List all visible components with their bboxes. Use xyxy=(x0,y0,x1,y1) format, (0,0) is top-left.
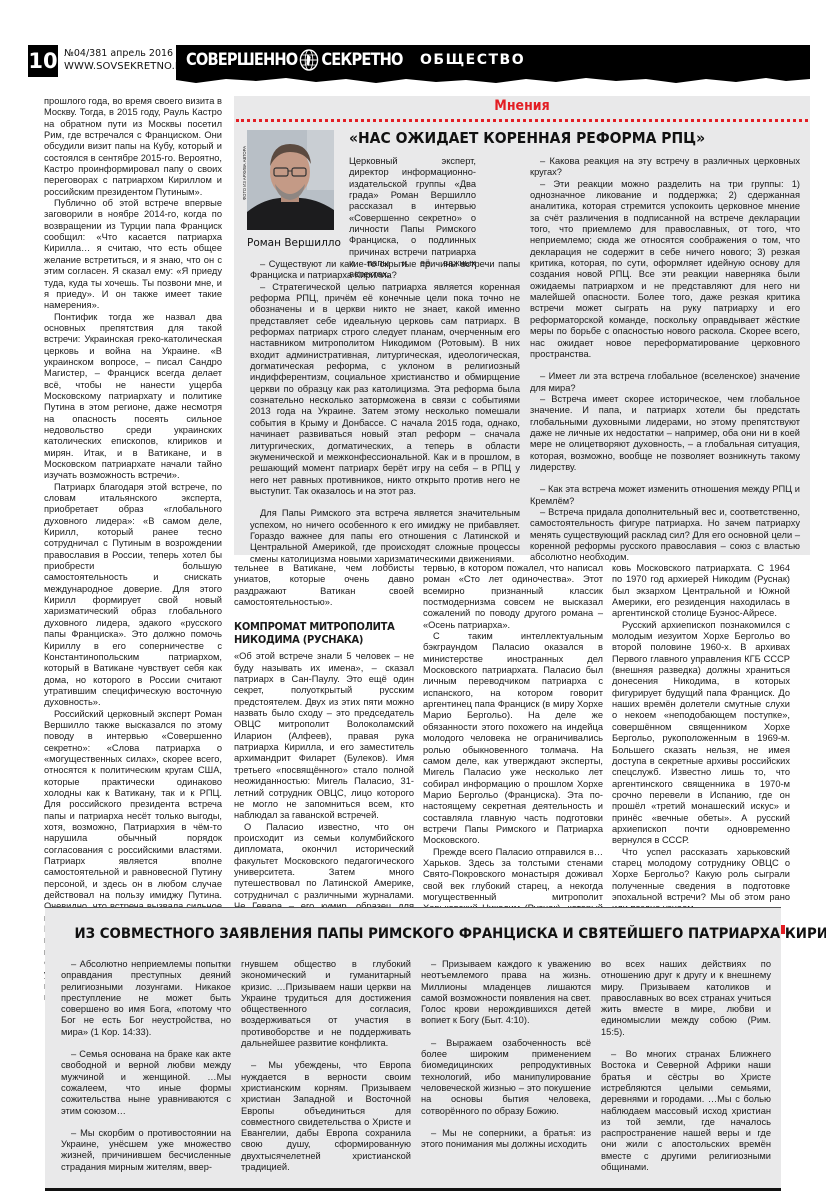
left-column-article: прошлого года, во время своего визита в … xyxy=(44,96,222,1004)
opinion-headline: «НАС ОЖИДАЕТ КОРЕННАЯ РЕФОРМА РПЦ» xyxy=(349,129,705,147)
newspaper-logo: СОВЕРШЕННО СЕКРЕТНО xyxy=(186,48,403,72)
interview-answer: – Встреча имеет скорее историческое, чем… xyxy=(530,394,800,473)
opinion-box: Мнения ФОТО ИЗ АРХИВА АВТОРА Роман Верши… xyxy=(234,96,810,555)
interview-answer: – Стратегической целью патриарха являетс… xyxy=(250,282,520,498)
opinion-section-label: Мнения xyxy=(263,98,781,114)
statement-column-2: гнувшем общество в глубокий экономически… xyxy=(241,959,411,1173)
article-column-4: ковь Московского патриархата. С 1964 по … xyxy=(612,563,790,934)
statement-quote: – Абсолютно неприемлемы попытки оправдан… xyxy=(61,959,231,1038)
spacer xyxy=(61,1038,231,1049)
spacer xyxy=(530,360,800,371)
subheading: КОМПРОМАТ МИТРОПОЛИТА НИКОДИМА (РУСНАКА) xyxy=(234,620,396,646)
logo-text-left: СОВЕРШЕННО xyxy=(186,50,297,70)
statement-column-3: – Призываем каждого к уважению неотъемле… xyxy=(421,959,591,1150)
issue-info: №04/381 апрель 2016 WWW.SOVSEKRETNO.RU xyxy=(58,45,176,77)
statement-quote: – Мы не соперники, а братья: из этого по… xyxy=(421,1128,591,1151)
portrait-image-icon xyxy=(247,130,334,230)
joint-statement-box: ИЗ СОВМЕСТНОГО ЗАЯВЛЕНИЯ ПАПЫ РИМСКОГО Ф… xyxy=(45,907,781,1191)
statement-title: ИЗ СОВМЕСТНОГО ЗАЯВЛЕНИЯ ПАПЫ РИМСКОГО Ф… xyxy=(74,926,751,942)
article-column-2: тельнее в Ватикане, чем лоббисты униатов… xyxy=(234,563,414,935)
subheading-line-1: КОМПРОМАТ МИТРОПОЛИТА xyxy=(234,620,395,633)
opinion-right-column: – Какова реакция на эту встречу в различ… xyxy=(530,156,800,564)
logo-text-right: СЕКРЕТНО xyxy=(321,50,402,70)
interview-question: – Существуют ли какие-то скрытые причины… xyxy=(250,259,520,282)
paragraph: тервью, в котором пожалел, что написал р… xyxy=(423,563,603,631)
paragraph: «Об этой встрече знали 5 человек – не бу… xyxy=(234,651,414,821)
paragraph: Что успел рассказать харьковский старец … xyxy=(612,847,790,915)
interview-answer: – Эти реакции можно разделить на три гру… xyxy=(530,179,800,361)
paragraph: С таким интеллектуальным бэкграундом Пал… xyxy=(423,631,603,847)
statement-quote: – Мы скорбим о противостоянии на Украине… xyxy=(61,1128,231,1173)
globe-emblem-icon xyxy=(299,48,320,72)
interview-answer: Для Папы Римского эта встреча является з… xyxy=(250,508,520,565)
portrait-photo xyxy=(247,130,334,230)
statement-quote: гнувшем общество в глубокий экономически… xyxy=(241,959,411,1049)
issue-number-date: №04/381 апрель 2016 xyxy=(64,48,176,60)
statement-column-4: во всех наших действиях по отношению дру… xyxy=(601,959,771,1173)
spacer xyxy=(421,1027,591,1038)
spacer xyxy=(421,1117,591,1128)
website-link[interactable]: WWW.SOVSEKRETNO.RU xyxy=(64,60,176,73)
photo-caption-name: Роман Вершилло xyxy=(247,237,341,249)
statement-quote: во всех наших действиях по отношению дру… xyxy=(601,959,771,1038)
spacer xyxy=(250,497,520,508)
spacer xyxy=(530,473,800,484)
paragraph: тельнее в Ватикане, чем лоббисты униатов… xyxy=(234,563,414,608)
torn-edge-decoration xyxy=(176,73,810,85)
statement-quote: – Во многих странах Ближнего Востока и С… xyxy=(601,1049,771,1173)
article-column-3: тервью, в котором пожалел, что написал р… xyxy=(423,563,603,937)
section-title: ОБЩЕСТВО xyxy=(420,52,525,68)
spacer xyxy=(241,1049,411,1060)
statement-quote: – Призываем каждого к уважению неотъемле… xyxy=(421,959,591,1027)
opinion-left-column: – Существуют ли какие-то скрытые причины… xyxy=(250,259,520,565)
masthead: 10 №04/381 апрель 2016 WWW.SOVSEKRETNO.R… xyxy=(28,45,810,77)
spacer xyxy=(61,1117,231,1128)
paragraph: прошлого года, во время своего визита в … xyxy=(44,96,222,198)
statement-quote: – Семья основана на браке как акте свобо… xyxy=(61,1049,231,1117)
interview-question: – Какова реакция на эту встречу в различ… xyxy=(530,156,800,179)
interview-answer: – Встреча придала дополнительный вес и, … xyxy=(530,507,800,564)
interview-question: – Имеет ли эта встреча глобальное (вселе… xyxy=(530,371,800,394)
paragraph: Патриарх благодаря этой встрече, по слов… xyxy=(44,482,222,709)
paragraph: ковь Московского патриархата. С 1964 по … xyxy=(612,563,790,620)
photo-credit: ФОТО ИЗ АРХИВА АВТОРА xyxy=(238,136,246,210)
subheading-line-2: НИКОДИМА (РУСНАКА) xyxy=(234,633,363,646)
page-number: 10 xyxy=(28,45,58,77)
interview-question: – Как эта встреча может изменить отношен… xyxy=(530,484,800,507)
statement-quote: – Выражаем озабоченность всё более широк… xyxy=(421,1038,591,1117)
dotted-divider xyxy=(236,119,808,122)
statement-quote: – Мы убеждены, что Европа нуждается в ве… xyxy=(241,1060,411,1173)
statement-column-1: – Абсолютно неприемлемы попытки оправдан… xyxy=(61,959,231,1173)
paragraph: Публично об этой встрече впервые заговор… xyxy=(44,198,222,311)
spacer xyxy=(601,1038,771,1049)
paragraph: Понтифик тогда же назвал два основных пр… xyxy=(44,312,222,482)
paragraph: Русский архиепископ познакомился с молод… xyxy=(612,620,790,847)
